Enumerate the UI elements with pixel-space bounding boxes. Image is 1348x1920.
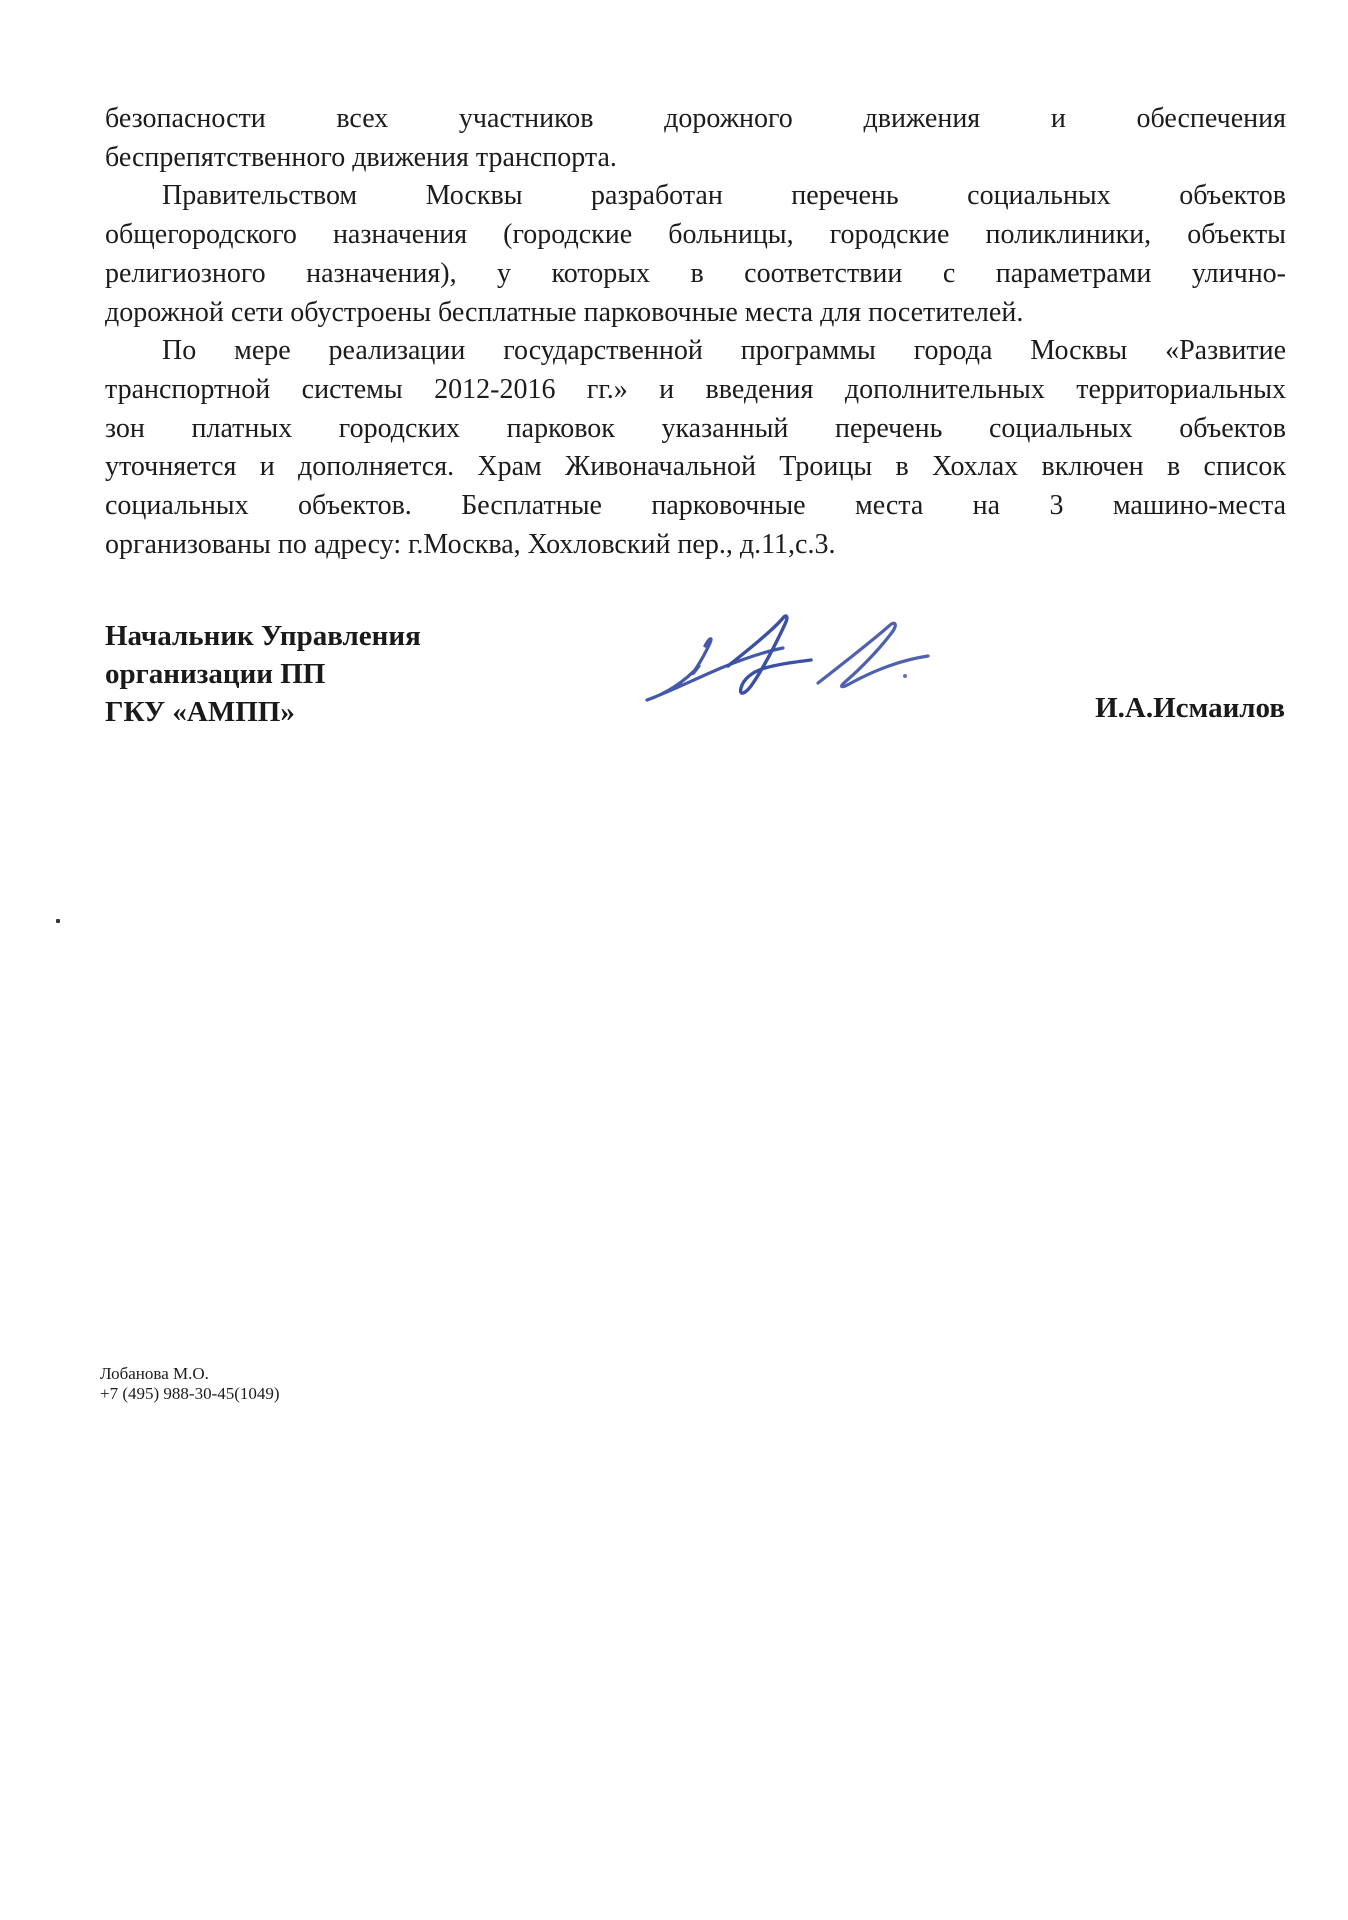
paragraph-line: Правительством Москвы разработан перечен… (105, 177, 1286, 216)
paragraph-line: организованы по адресу: г.Москва, Хохлов… (105, 526, 1286, 565)
signer-title-line: ГКУ «АМПП» (105, 693, 421, 731)
executor-name: Лобанова М.О. (100, 1364, 280, 1384)
paragraph-line: социальных объектов. Бесплатные парковоч… (105, 487, 1286, 526)
signer-name: И.А.Исмаилов (985, 692, 1285, 725)
signature-ink (633, 588, 963, 728)
paragraph-line: общегородского назначения (городские бол… (105, 216, 1286, 255)
scanned-letter-page: безопасности всех участников дорожного д… (0, 0, 1348, 1920)
signature-ink-dot (903, 674, 907, 678)
signer-title-block: Начальник Управления организации ПП ГКУ … (105, 617, 421, 731)
paragraph-line: дорожной сети обустроены бесплатные парк… (105, 294, 1286, 333)
executor-phone: +7 (495) 988-30-45(1049) (100, 1384, 280, 1404)
scan-artifact-dot (56, 919, 60, 923)
paragraph-line: религиозного назначения), у которых в со… (105, 255, 1286, 294)
paragraph-line: транспортной системы 2012-2016 гг.» и вв… (105, 371, 1286, 410)
paragraph-line: беспрепятственного движения транспорта. (105, 139, 1286, 178)
paragraph-line: безопасности всех участников дорожного д… (105, 100, 1286, 139)
signer-title-line: организации ПП (105, 655, 421, 693)
signer-title-line: Начальник Управления (105, 617, 421, 655)
paragraph-line: уточняется и дополняется. Храм Живоначал… (105, 448, 1286, 487)
executor-contact-block: Лобанова М.О. +7 (495) 988-30-45(1049) (100, 1364, 280, 1403)
paragraph-line: По мере реализации государственной прогр… (105, 332, 1286, 371)
paragraph-line: зон платных городских парковок указанный… (105, 410, 1286, 449)
letter-body: безопасности всех участников дорожного д… (105, 100, 1286, 564)
